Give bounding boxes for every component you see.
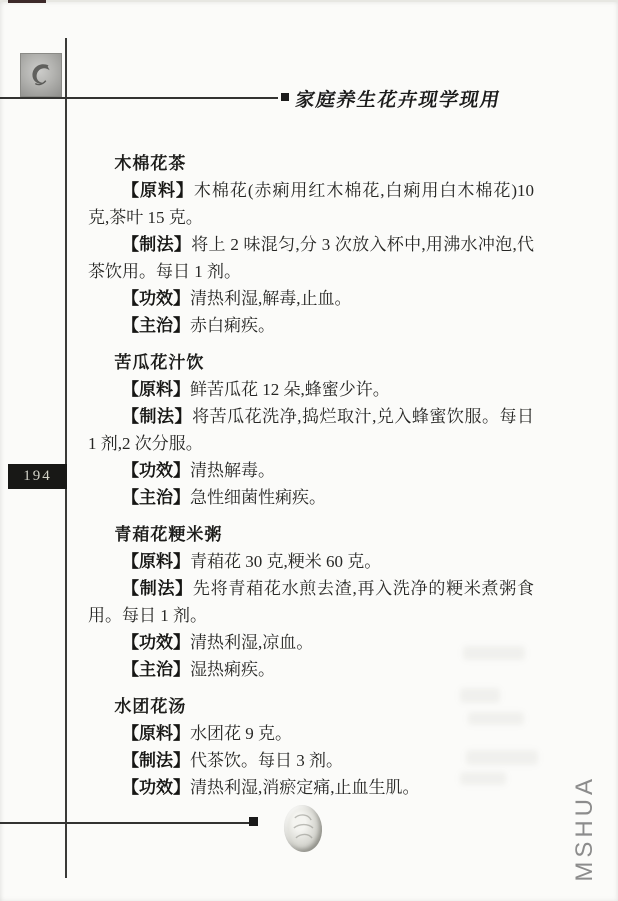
- field-label: 【功效】: [122, 289, 190, 308]
- field-label: 【功效】: [122, 633, 190, 652]
- recipe-line: 【原料】鲜苦瓜花 12 朵,蜂蜜少许。: [88, 376, 534, 403]
- field-text: 清热利湿,解毒,止血。: [190, 289, 352, 308]
- recipe-title: 木棉花茶: [88, 150, 534, 177]
- field-text: 清热利湿,消瘀定痛,止血生肌。: [190, 778, 420, 797]
- recipe-line: 【功效】清热解毒。: [88, 457, 534, 484]
- page-bleedthrough: [463, 646, 525, 660]
- header-square-bullet-icon: [281, 93, 289, 101]
- recipe-line: 【原料】水团花 9 克。: [88, 720, 534, 747]
- field-text: 湿热痢疾。: [190, 660, 275, 679]
- chapter-logo-icon: [20, 53, 62, 97]
- footer-square-bullet-icon: [249, 817, 258, 826]
- recipe-line: 【主治】湿热痢疾。: [88, 656, 534, 683]
- field-label: 【主治】: [122, 316, 190, 335]
- field-text: 代茶饮。每日 3 剂。: [190, 751, 343, 770]
- recipe-line: 【制法】先将青葙花水煎去渣,再入洗净的粳米煮粥食用。每日 1 剂。: [88, 575, 534, 629]
- field-label: 【制法】: [122, 235, 191, 254]
- page-bleedthrough: [466, 750, 538, 765]
- field-text: 清热利湿,凉血。: [190, 633, 313, 652]
- page-bleedthrough: [460, 688, 500, 703]
- footer-rule: [0, 822, 250, 824]
- field-label: 【主治】: [122, 660, 190, 679]
- margin-vertical-rule: [65, 38, 67, 878]
- recipe-line: 【原料】木棉花(赤痢用红木棉花,白痢用白木棉花)10 克,茶叶 15 克。: [88, 177, 534, 231]
- recipe-line: 【主治】急性细菌性痢疾。: [88, 484, 534, 511]
- field-label: 【制法】: [122, 407, 192, 426]
- field-label: 【原料】: [122, 380, 190, 399]
- scan-corner-mark: [8, 0, 46, 3]
- mshua-watermark: MSHUA: [571, 775, 599, 882]
- field-text: 青葙花 30 克,粳米 60 克。: [190, 552, 381, 571]
- recipe-line: 【制法】将苦瓜花洗净,捣烂取汁,兑入蜂蜜饮服。每日 1 剂,2 次分服。: [88, 403, 534, 457]
- book-page: 家庭养生花卉现学现用 194 木棉花茶 【原料】木棉花(赤痢用红木棉花,白痢用白…: [0, 0, 618, 901]
- recipe-title: 苦瓜花汁饮: [88, 349, 534, 376]
- field-label: 【功效】: [122, 778, 190, 797]
- page-bleedthrough: [460, 772, 506, 785]
- field-label: 【制法】: [122, 751, 190, 770]
- field-label: 【主治】: [122, 488, 190, 507]
- header-rule: [0, 97, 278, 99]
- recipe-line: 【原料】青葙花 30 克,粳米 60 克。: [88, 548, 534, 575]
- recipe-title: 青葙花粳米粥: [88, 521, 534, 548]
- field-label: 【原料】: [122, 724, 190, 743]
- field-text: 鲜苦瓜花 12 朵,蜂蜜少许。: [190, 380, 390, 399]
- field-label: 【功效】: [122, 461, 190, 480]
- field-text: 赤白痢疾。: [190, 316, 275, 335]
- field-text: 急性细菌性痢疾。: [190, 488, 326, 507]
- field-label: 【制法】: [122, 579, 193, 598]
- library-stamp-icon: [282, 803, 325, 854]
- field-label: 【原料】: [122, 552, 190, 571]
- recipe-line: 【制法】将上 2 味混匀,分 3 次放入杯中,用沸水冲泡,代茶饮用。每日 1 剂…: [88, 231, 534, 285]
- field-label: 【原料】: [122, 181, 194, 200]
- page-bleedthrough: [468, 712, 524, 725]
- page-number: 194: [23, 468, 52, 485]
- field-text: 清热解毒。: [190, 461, 275, 480]
- field-text: 水团花 9 克。: [190, 724, 292, 743]
- recipe-line: 【主治】赤白痢疾。: [88, 312, 534, 339]
- recipe-line: 【功效】清热利湿,解毒,止血。: [88, 285, 534, 312]
- scan-top-edge: [0, 0, 618, 2]
- dolphin-swirl-icon: [21, 54, 61, 96]
- running-head-title: 家庭养生花卉现学现用: [294, 85, 504, 112]
- page-number-badge: 194: [8, 464, 67, 489]
